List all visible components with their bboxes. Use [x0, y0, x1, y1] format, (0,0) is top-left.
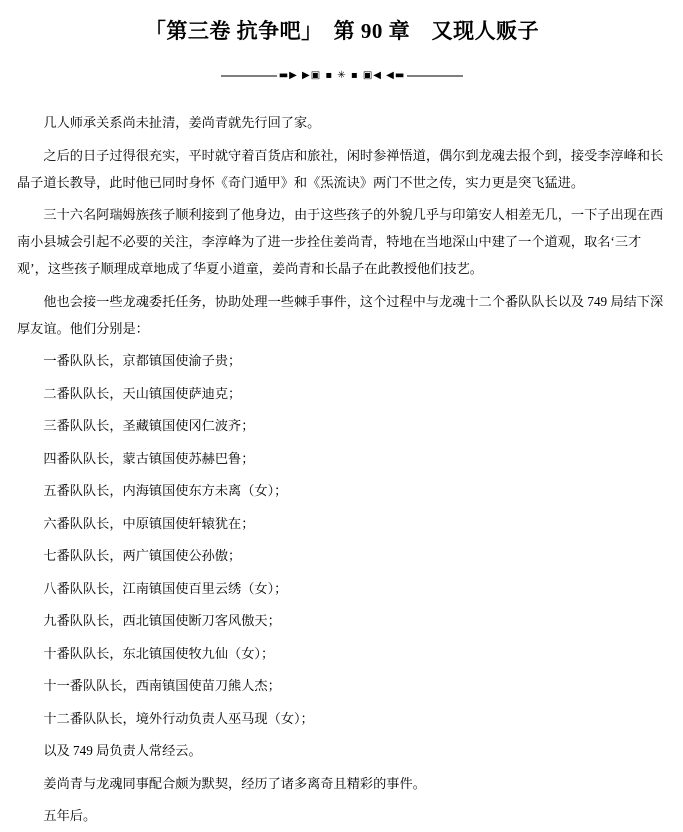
chapter-body: 几人师承关系尚未扯清，姜尚青就先行回了家。之后的日子过得很充实，平时就守着百货店…: [17, 109, 667, 829]
paragraph: 七番队队长，两广镇国使公孙傲；: [17, 542, 667, 569]
paragraph: 十二番队队长，境外行动负责人巫马现（女）；: [17, 705, 667, 732]
paragraph: 姜尚青与龙魂同事配合颇为默契，经历了诸多离奇且精彩的事件。: [17, 770, 667, 797]
paragraph: 二番队队长，天山镇国使萨迪克；: [17, 380, 667, 407]
paragraph: 十番队队长，东北镇国使牧九仙（女）；: [17, 640, 667, 667]
paragraph: 以及 749 局负责人常经云。: [17, 737, 667, 764]
paragraph: 四番队队长，蒙古镇国使苏赫巴鲁；: [17, 445, 667, 472]
paragraph: 六番队队长，中原镇国使轩辕犹在；: [17, 510, 667, 537]
paragraph: 五年后。: [17, 802, 667, 829]
paragraph: 十一番队队长，西南镇国使苗刀熊人杰；: [17, 672, 667, 699]
paragraph: 九番队队长，西北镇国使断刀客风傲天；: [17, 607, 667, 634]
divider-line-right: [407, 75, 463, 77]
paragraph: 一番队队长，京都镇国使渝子贵；: [17, 347, 667, 374]
divider-line-left: [221, 75, 277, 77]
document-page: 「第三卷 抗争吧」 第 90 章 又现人贩子 ▬▶ ▶▣ ▪ ✳ ▪ ▣◀ ◀▬…: [0, 0, 683, 832]
section-divider: ▬▶ ▶▣ ▪ ✳ ▪ ▣◀ ◀▬: [17, 68, 667, 83]
chapter-title: 「第三卷 抗争吧」 第 90 章 又现人贩子: [17, 16, 667, 46]
paragraph: 他也会接一些龙魂委托任务，协助处理一些棘手事件，这个过程中与龙魂十二个番队队长以…: [17, 288, 667, 342]
paragraph: 五番队队长，内海镇国使东方未离（女）；: [17, 477, 667, 504]
paragraph: 三十六名阿瑞姆族孩子顺利接到了他身边，由于这些孩子的外貌几乎与印第安人相差无几，…: [17, 201, 667, 282]
paragraph: 几人师承关系尚未扯清，姜尚青就先行回了家。: [17, 109, 667, 136]
paragraph: 三番队队长，圣藏镇国使冈仁波齐；: [17, 412, 667, 439]
divider-ornament-icon: ▬▶ ▶▣ ▪ ✳ ▪ ▣◀ ◀▬: [277, 68, 408, 83]
paragraph: 之后的日子过得很充实，平时就守着百货店和旅社，闲时参禅悟道，偶尔到龙魂去报个到，…: [17, 142, 667, 196]
paragraph: 八番队队长，江南镇国使百里云绣（女）；: [17, 575, 667, 602]
